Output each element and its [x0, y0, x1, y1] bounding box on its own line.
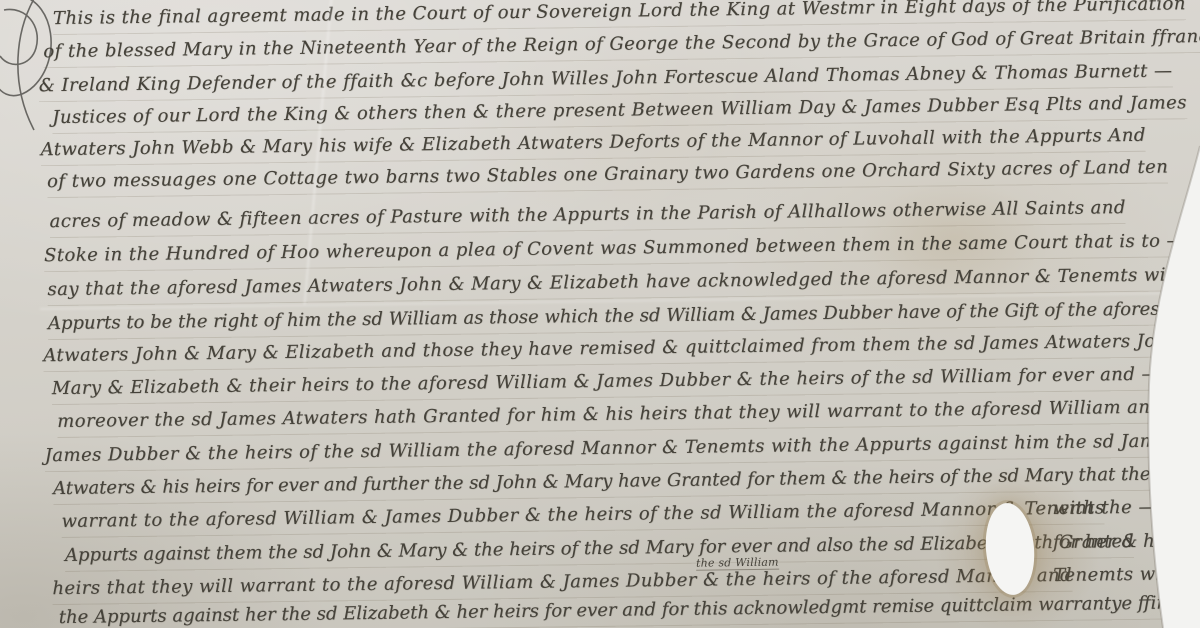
line-text: acres of meadow & fifteen acres of Pastu…: [49, 197, 1125, 232]
parchment-document: This is the final agreemt made in the Co…: [0, 0, 1200, 628]
interline-insertion: the sd William: [696, 556, 779, 571]
line-text: This is the final agreemt made in the Co…: [53, 0, 1186, 29]
manuscript-line: acres of meadow & fifteen acres of Pastu…: [49, 197, 1126, 238]
